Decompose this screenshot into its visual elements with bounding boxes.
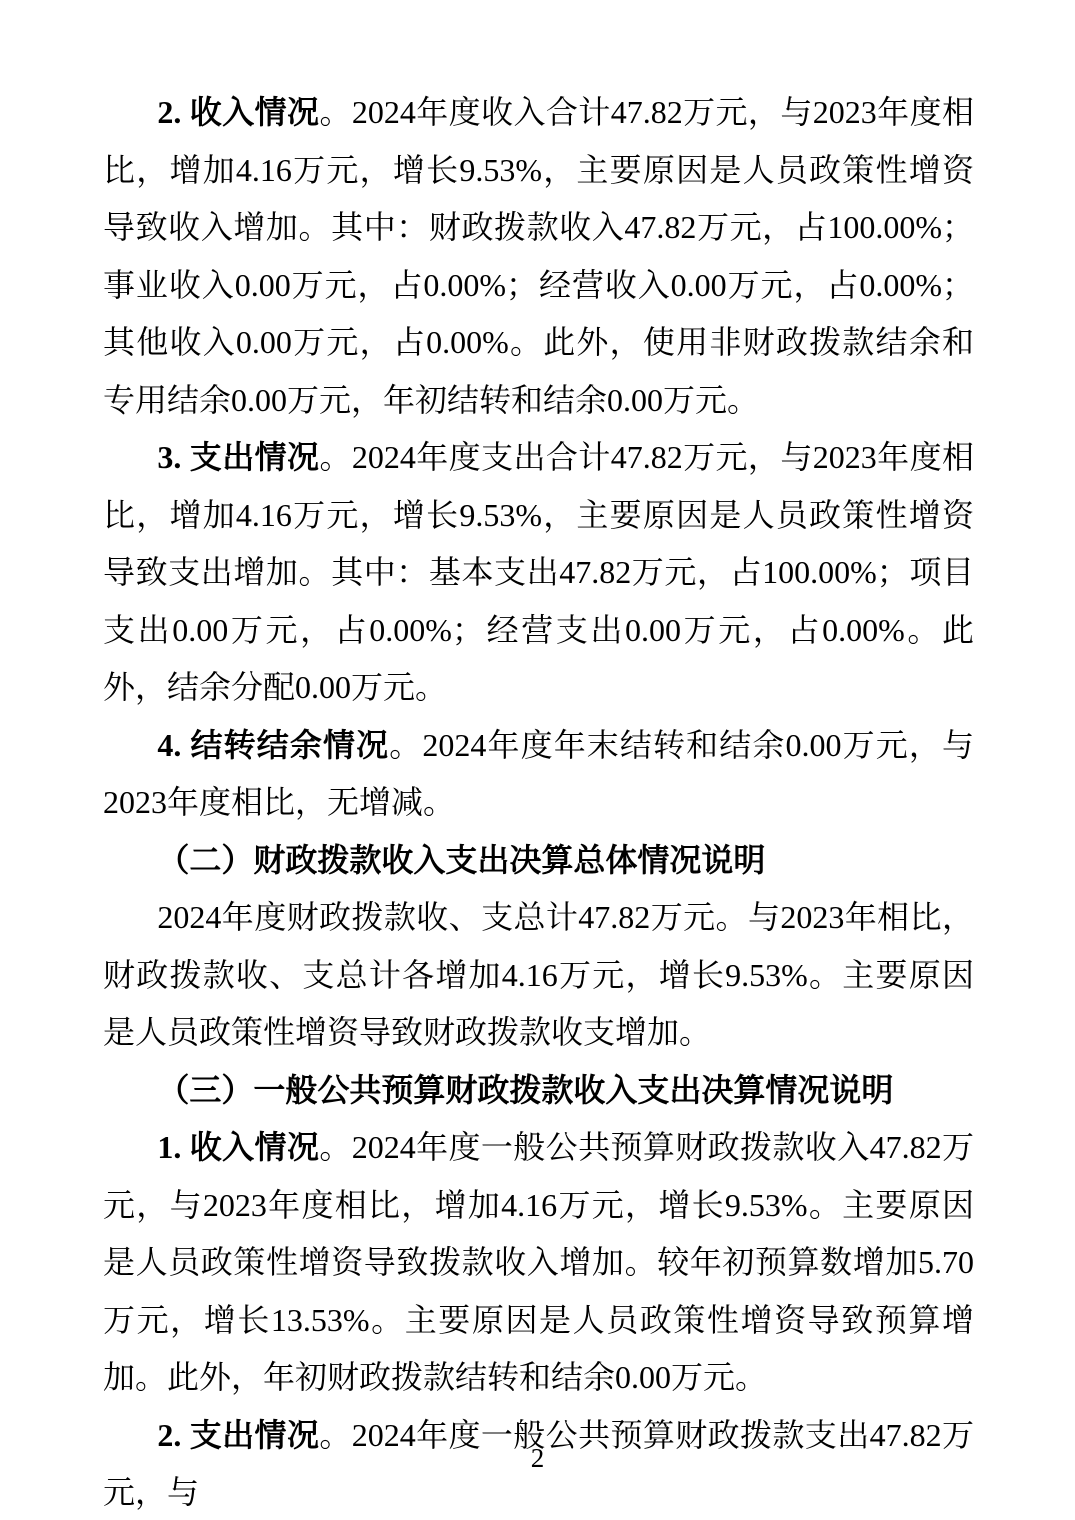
- paragraph-text: 。2024年度一般公共预算财政拨款收入47.82万元，与2023年度相比，增加4…: [103, 1129, 974, 1395]
- page-number: 2: [0, 1445, 1075, 1472]
- document-body: 2. 收入情况。2024年度收入合计47.82万元，与2023年度相比，增加4.…: [103, 84, 974, 1520]
- paragraph-lead: 4. 结转结余情况: [157, 727, 389, 763]
- paragraph-budget-income: 1. 收入情况。2024年度一般公共预算财政拨款收入47.82万元，与2023年…: [103, 1119, 974, 1407]
- section-heading-fiscal-appropriation: （二）财政拨款收入支出决算总体情况说明: [103, 832, 974, 890]
- paragraph-lead: 1. 收入情况: [157, 1129, 319, 1165]
- paragraph-carryover-overview: 4. 结转结余情况。2024年度年末结转和结余0.00万元，与2023年度相比，…: [103, 717, 974, 832]
- section-heading-general-public-budget: （三）一般公共预算财政拨款收入支出决算情况说明: [103, 1062, 974, 1120]
- paragraph-text: 。2024年度收入合计47.82万元，与2023年度相比，增加4.16万元，增长…: [103, 94, 974, 418]
- paragraph-lead: 3. 支出情况: [157, 439, 319, 475]
- document-page: 2. 收入情况。2024年度收入合计47.82万元，与2023年度相比，增加4.…: [0, 0, 1075, 1520]
- paragraph-expenditure-overview: 3. 支出情况。2024年度支出合计47.82万元，与2023年度相比，增加4.…: [103, 429, 974, 717]
- paragraph-fiscal-appropriation-total: 2024年度财政拨款收、支总计47.82万元。与2023年相比，财政拨款收、支总…: [103, 889, 974, 1062]
- paragraph-lead: 2. 收入情况: [157, 94, 319, 130]
- paragraph-income-overview: 2. 收入情况。2024年度收入合计47.82万元，与2023年度相比，增加4.…: [103, 84, 974, 429]
- paragraph-text: 。2024年度支出合计47.82万元，与2023年度相比，增加4.16万元，增长…: [103, 439, 974, 705]
